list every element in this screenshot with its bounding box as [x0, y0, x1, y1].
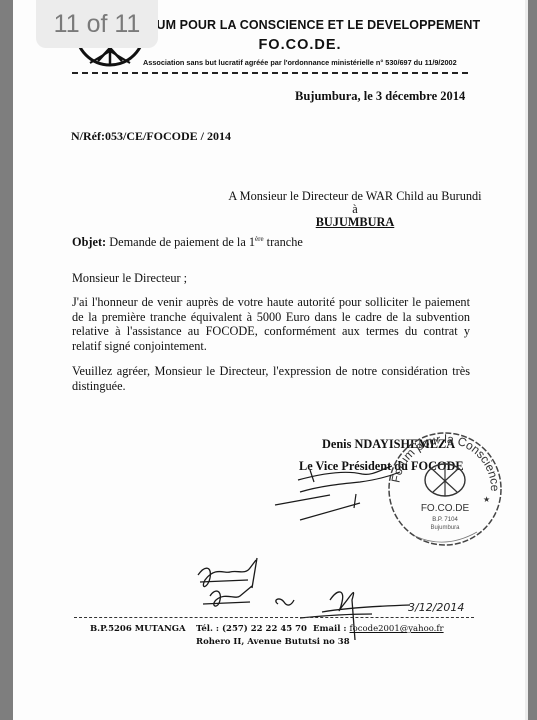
header-divider: [72, 72, 468, 74]
addressee-city: BUJUMBURA: [210, 216, 500, 229]
body-paragraph: J'ai l'honneur de venir auprès de votre …: [72, 295, 470, 353]
subject-label: Objet:: [72, 235, 106, 249]
closing-paragraph: Veuillez agréer, Monsieur le Directeur, …: [72, 364, 470, 393]
letter-reference: N/Réf:053/CE/FOCODE / 2014: [71, 129, 231, 144]
stamp-name: FO.CO.DE: [421, 503, 470, 514]
footer-po-box: B.P.5206 MUTANGA: [90, 624, 186, 634]
letter-date: Bujumbura, le 3 décembre 2014: [295, 89, 465, 104]
addressee-block: A Monsieur le Directeur de WAR Child au …: [210, 190, 500, 229]
viewer-scrollbar[interactable]: [528, 0, 537, 720]
stamp-city: Bujumbura: [430, 525, 460, 531]
email-label: Email :: [313, 624, 350, 634]
footer-divider: [74, 617, 474, 618]
org-acronym: FO.CO.DE.: [200, 37, 400, 53]
subject-text: Demande de paiement de la 1: [106, 235, 255, 249]
official-stamp-icon: Forum pour la Conscience FO.CO.DE B.P. 7…: [385, 428, 505, 550]
email-link[interactable]: focode2001@yahoo.fr: [350, 624, 444, 634]
footer-address: Rohero II, Avenue Bututsi no 38: [196, 637, 350, 647]
viewer-left-gutter: [0, 0, 13, 720]
stamp-po-box: B.P. 7104: [432, 517, 458, 523]
page-edge: [525, 0, 528, 720]
salutation: Monsieur le Directeur ;: [72, 271, 187, 286]
svg-text:★: ★: [483, 495, 490, 504]
org-legal-notice: Association sans but lucratif agréée par…: [143, 58, 523, 67]
org-name: FORUM POUR LA CONSCIENCE ET LE DEVELOPPE…: [120, 18, 490, 32]
document-page: [13, 0, 525, 720]
page-counter-badge: 11 of 11: [36, 0, 158, 48]
footer-email-line: Email : focode2001@yahoo.fr: [313, 624, 444, 634]
letter-subject: Objet: Demande de paiement de la 1ère tr…: [72, 235, 303, 250]
subject-text-end: tranche: [264, 235, 303, 249]
footer-phone: Tél. : (257) 22 22 45 70: [196, 624, 307, 634]
subject-superscript: ère: [255, 235, 264, 243]
